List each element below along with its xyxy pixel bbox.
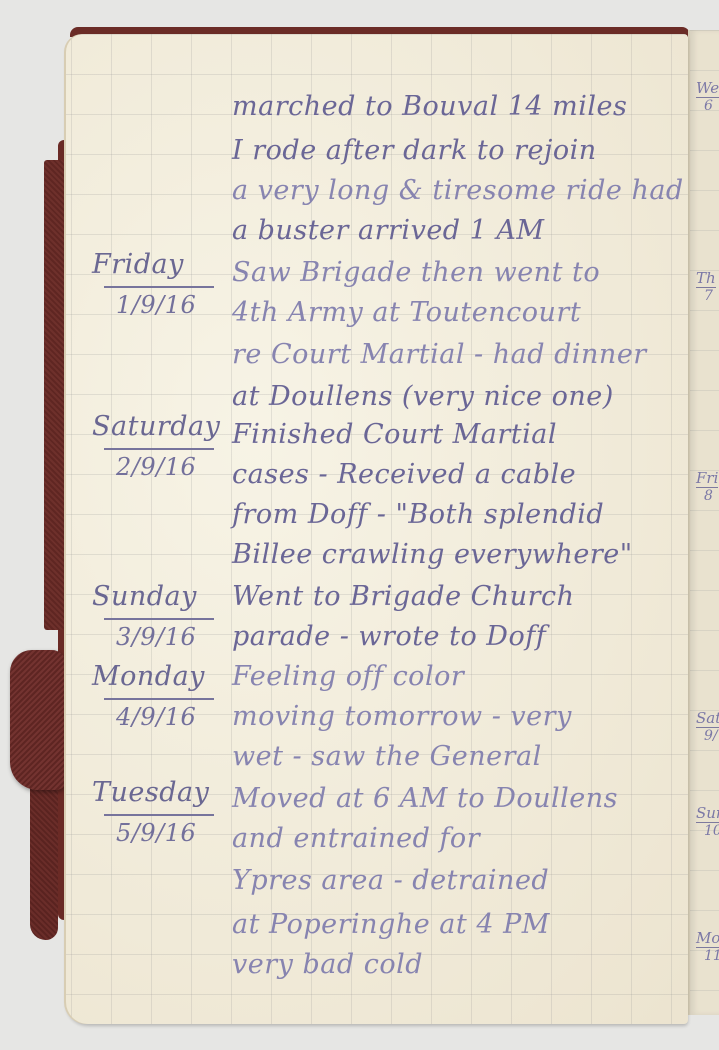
diary-line: a very long & tiresome ride had — [232, 176, 684, 206]
diary-line: cases - Received a cable — [232, 460, 576, 490]
underline — [104, 814, 214, 816]
day-name: Monday — [92, 662, 232, 692]
bookmark-ribbon-knot — [10, 650, 66, 790]
day-date: 5/9/16 — [92, 818, 232, 848]
next-page-entry: Wed 6 — [696, 80, 719, 115]
diary-line: Went to Brigade Church — [232, 582, 575, 612]
next-page-day-date: 6 — [696, 97, 719, 115]
diary-line: I rode after dark to rejoin — [232, 136, 597, 166]
diary-line: wet - saw the General — [232, 742, 542, 772]
underline — [104, 286, 214, 288]
next-page-entry: Sat 9/ — [696, 710, 719, 745]
day-name: Saturday — [92, 412, 232, 442]
next-page-day-name: Fri — [696, 469, 718, 487]
bookmark-ribbon — [44, 160, 64, 630]
day-name: Tuesday — [92, 778, 232, 808]
diary-line: at Doullens (very nice one) — [232, 382, 614, 412]
day-date: 1/9/16 — [92, 290, 232, 320]
diary-line: parade - wrote to Doff — [232, 622, 546, 652]
bookmark-ribbon-tail — [30, 780, 58, 940]
next-page-day-date: 7 — [696, 287, 716, 305]
day-label-sunday: Sunday 3/9/16 — [92, 582, 232, 652]
diary-line: a buster arrived 1 AM — [232, 216, 545, 246]
diary-line: moving tomorrow - very — [232, 702, 572, 732]
next-page-day-date: 8 — [696, 487, 718, 505]
diary-line: marched to Bouval 14 miles — [232, 92, 627, 122]
next-page-day-name: Sun — [696, 804, 719, 822]
next-page-entry: Fri 8 — [696, 470, 718, 505]
next-page-day-date: 11 — [696, 947, 719, 965]
day-label-friday: Friday 1/9/16 — [92, 250, 232, 320]
day-name: Friday — [92, 250, 232, 280]
next-page-entry: Th 7 — [696, 270, 716, 305]
day-label-saturday: Saturday 2/9/16 — [92, 412, 232, 482]
diary-line: Ypres area - detrained — [232, 866, 549, 896]
day-date: 2/9/16 — [92, 452, 232, 482]
day-label-tuesday: Tuesday 5/9/16 — [92, 778, 232, 848]
next-page-entry: Sun 10/ — [696, 805, 719, 840]
diary-line: Feeling off color — [232, 662, 464, 692]
diary-line: re Court Martial - had dinner — [232, 340, 647, 370]
next-page-day-name: Wed — [696, 79, 719, 97]
diary-line: very bad cold — [232, 950, 423, 980]
diary-line: Moved at 6 AM to Doullens — [232, 784, 618, 814]
underline — [104, 448, 214, 450]
next-page-day-date: 10/ — [696, 822, 719, 840]
underline — [104, 698, 214, 700]
diary-line: Saw Brigade then went to — [232, 258, 600, 288]
next-page-day-name: Th — [696, 269, 716, 287]
next-page-day-name: Sat — [696, 709, 719, 727]
next-page-day-name: Mo — [696, 929, 719, 947]
diary-line: from Doff - "Both splendid — [232, 500, 604, 530]
next-page-entry: Mo 11 — [696, 930, 719, 965]
diary-line: 4th Army at Toutencourt — [232, 298, 581, 328]
day-date: 4/9/16 — [92, 702, 232, 732]
diary-line: at Poperinghe at 4 PM — [232, 910, 550, 940]
diary-line: Billee crawling everywhere" — [232, 540, 633, 570]
next-page-edge: Wed 6 Th 7 Fri 8 Sat 9/ Sun 10/ Mo 11 — [688, 30, 719, 1015]
diary-line: and entrained for — [232, 824, 480, 854]
diary-line: Finished Court Martial — [232, 420, 557, 450]
next-page-day-date: 9/ — [696, 727, 719, 745]
day-label-monday: Monday 4/9/16 — [92, 662, 232, 732]
day-name: Sunday — [92, 582, 232, 612]
underline — [104, 618, 214, 620]
day-date: 3/9/16 — [92, 622, 232, 652]
